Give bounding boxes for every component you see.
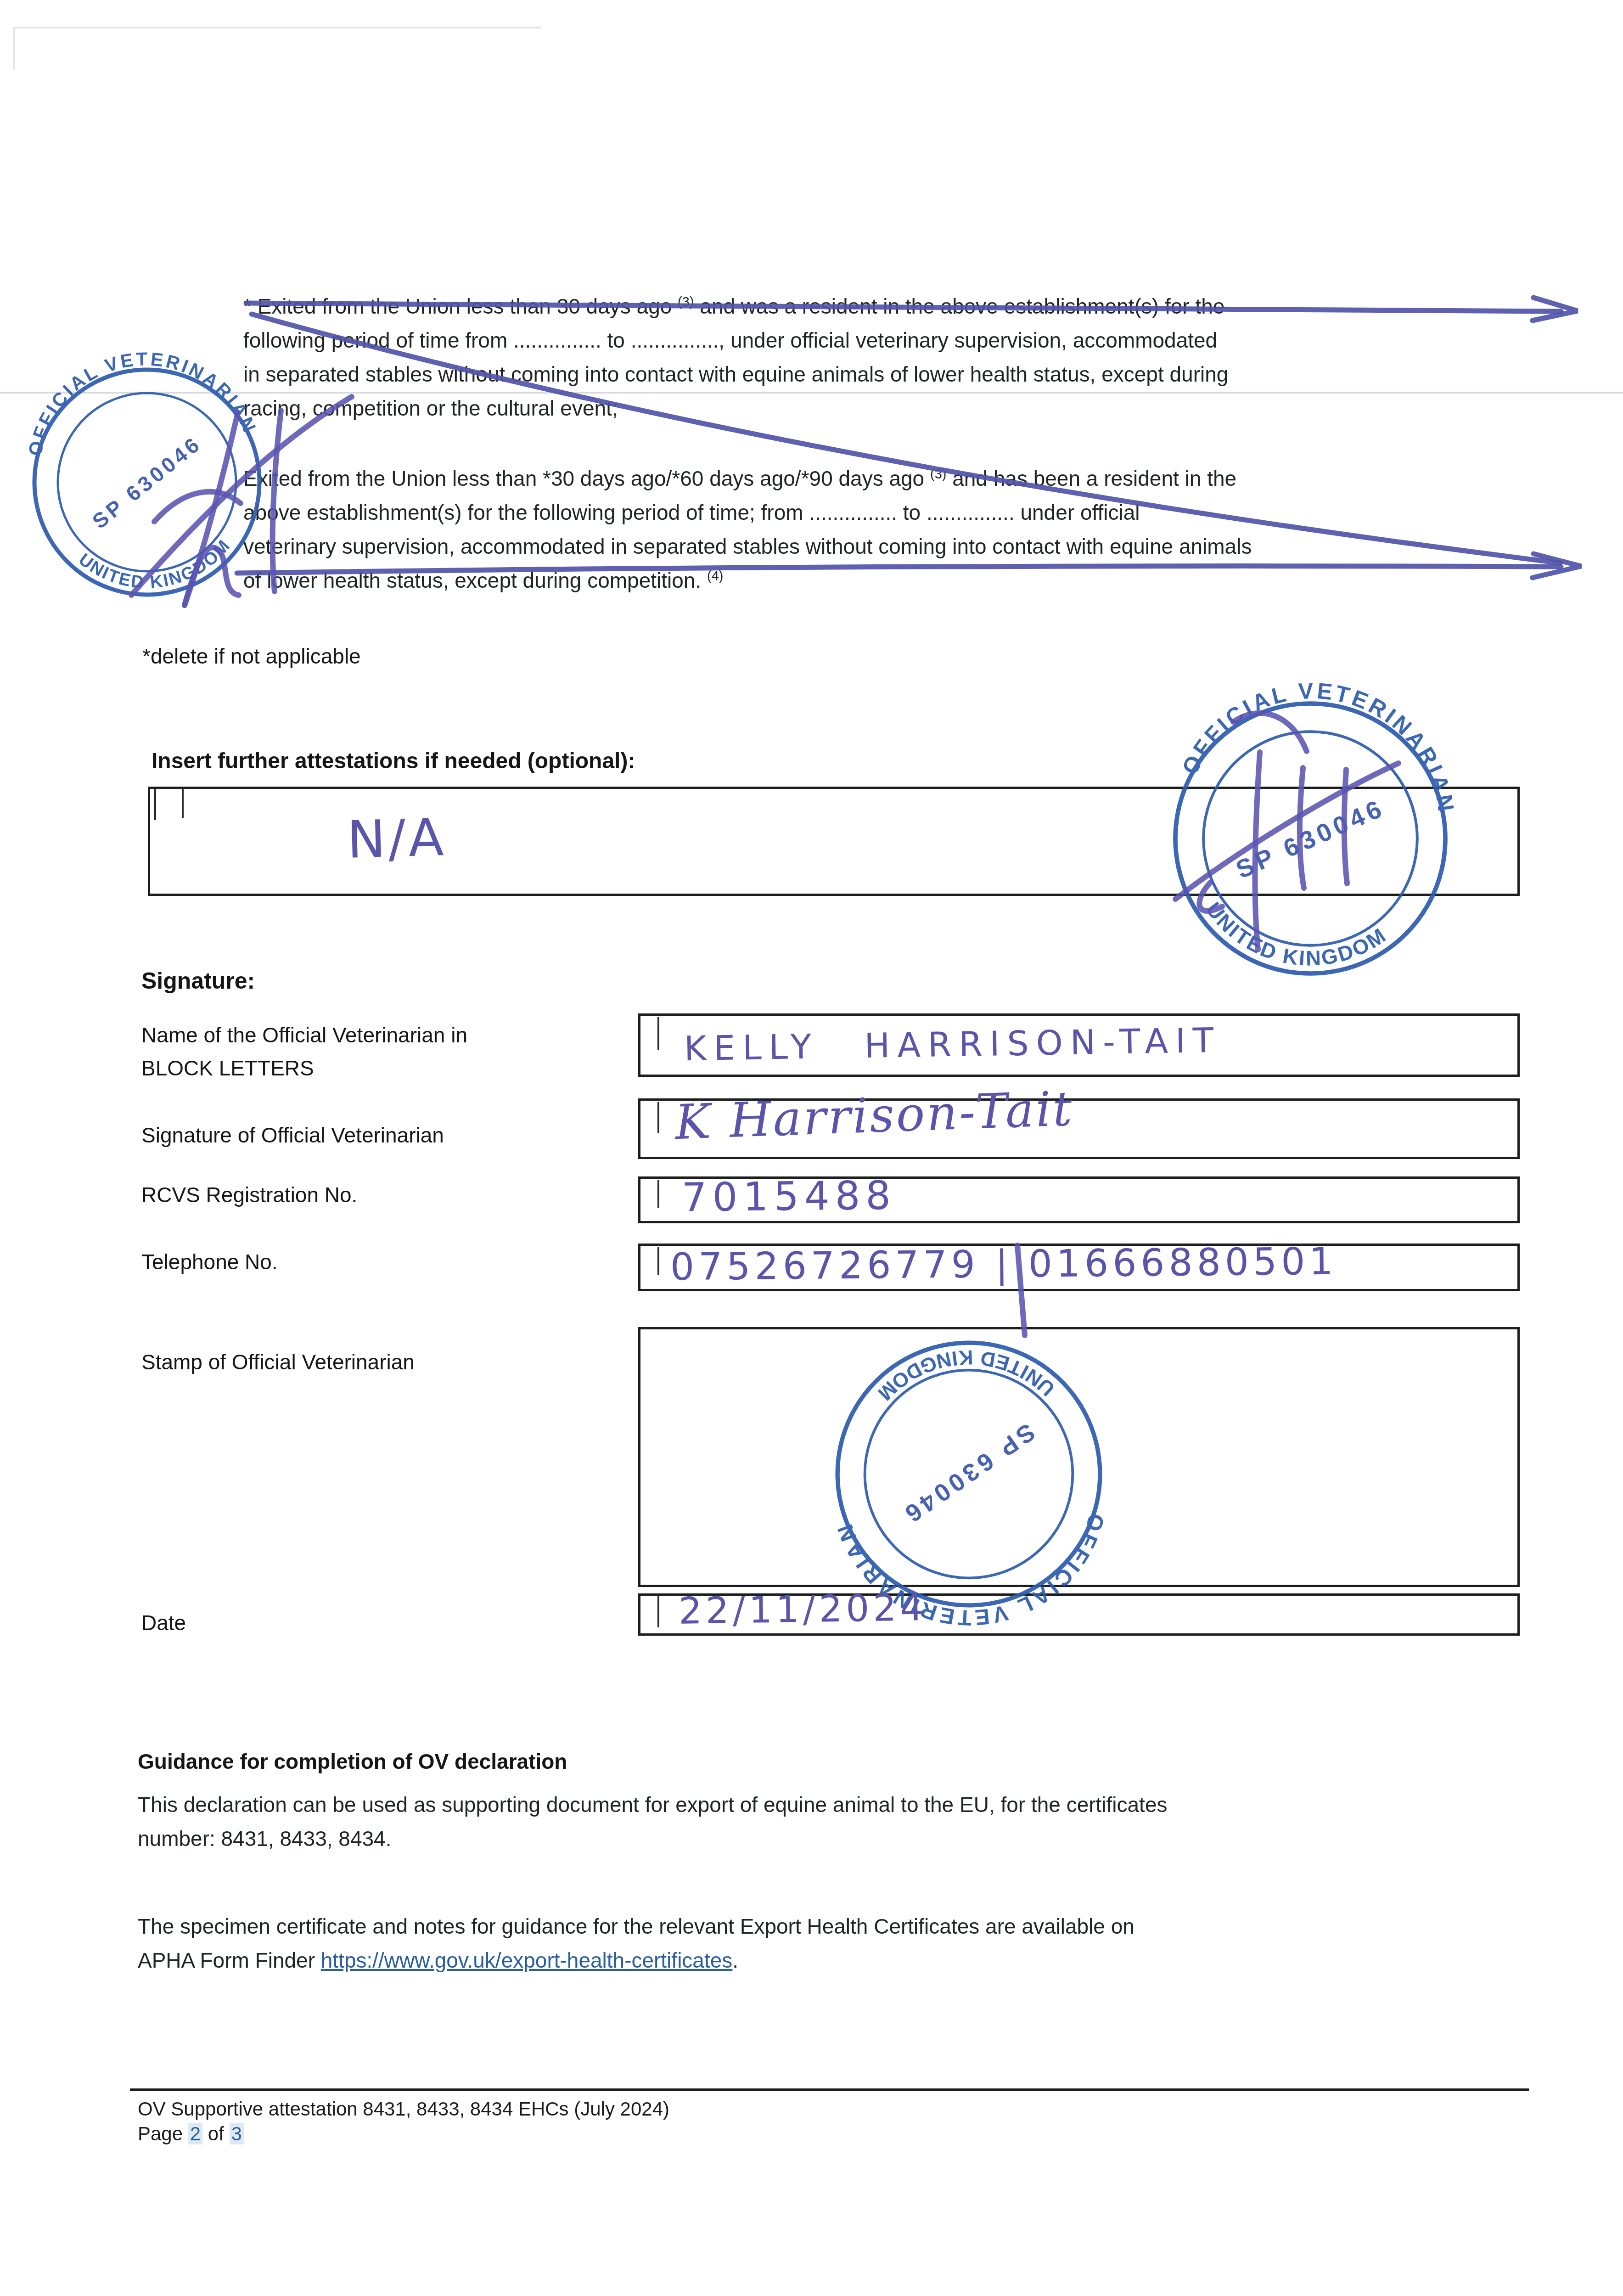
paragraph-text: number: 8431, 8433, 8434. bbox=[138, 1822, 1167, 1856]
handwritten-date: 22/11/2024 bbox=[678, 1586, 927, 1632]
footer-title: OV Supportive attestation 8431, 8433, 84… bbox=[138, 2097, 669, 2122]
attestation-paragraph-1: * Exited from the Union less than 30 day… bbox=[243, 289, 1556, 425]
paragraph-text: racing, competition or the cultural even… bbox=[243, 396, 618, 420]
field-tick-mark bbox=[154, 789, 156, 820]
paragraph-text: The specimen certificate and notes for g… bbox=[138, 1909, 1134, 1943]
svg-text:UNITED KINGDOM: UNITED KINGDOM bbox=[1195, 895, 1394, 984]
date-label: Date bbox=[141, 1606, 186, 1639]
signature-label: Signature of Official Veterinarian bbox=[141, 1119, 444, 1152]
paragraph-text: and was a resident in the above establis… bbox=[694, 294, 1225, 318]
footer-page-indicator: Page 2 of 3 bbox=[138, 2122, 244, 2146]
footnote-marker: (3) bbox=[930, 467, 946, 482]
field-tick-mark bbox=[182, 789, 184, 818]
handwritten-telephone: 07526726779 | 01666880501 bbox=[670, 1240, 1337, 1289]
scan-artifact-line bbox=[13, 27, 541, 28]
attestation-paragraph-2: Exited from the Union less than *30 days… bbox=[243, 461, 1556, 597]
stamp-ring-bottom-text: UNITED KINGDOM bbox=[73, 535, 238, 600]
stamp-ring-bottom-text: UNITED KINGDOM bbox=[1195, 895, 1394, 984]
paragraph-text: above establishment(s) for the following… bbox=[243, 501, 1140, 524]
guidance-paragraph-2: The specimen certificate and notes for g… bbox=[138, 1909, 1134, 1977]
stamp-ring-top-text: OFFICIAL VETERINARIAN bbox=[15, 344, 262, 460]
delete-note: *delete if not applicable bbox=[142, 640, 361, 673]
field-tick-mark bbox=[657, 1180, 659, 1208]
stamp-center-code: SP 630046 bbox=[1232, 793, 1389, 884]
guidance-heading: Guidance for completion of OV declaratio… bbox=[138, 1745, 567, 1778]
footer-text: of bbox=[202, 2123, 229, 2144]
insert-attestations-heading: Insert further attestations if needed (o… bbox=[152, 745, 635, 778]
paragraph-text: and has been a resident in the bbox=[946, 467, 1236, 490]
name-label-line2: BLOCK LETTERS bbox=[141, 1052, 467, 1085]
handwritten-rcvs-number: 7015488 bbox=[681, 1173, 896, 1221]
scanned-document-page: * Exited from the Union less than 30 day… bbox=[0, 0, 1623, 2296]
footnote-marker: (4) bbox=[707, 569, 723, 584]
stamp-center-code: SP 630046 bbox=[897, 1418, 1040, 1530]
paragraph-text: This declaration can be used as supporti… bbox=[138, 1788, 1167, 1822]
official-veterinarian-stamp-right: OFFICIAL VETERINARIAN UNITED KINGDOM SP … bbox=[1145, 673, 1476, 1004]
paragraph-text: . bbox=[732, 1948, 738, 1972]
svg-text:OFFICIAL VETERINARIAN: OFFICIAL VETERINARIAN bbox=[1176, 673, 1476, 819]
name-label-line1: Name of the Official Veterinarian in bbox=[141, 1019, 467, 1052]
footnote-marker: (3) bbox=[678, 295, 694, 310]
handwritten-na: N/A bbox=[346, 808, 447, 870]
stamp-label: Stamp of Official Veterinarian bbox=[141, 1345, 415, 1379]
rcvs-label: RCVS Registration No. bbox=[141, 1178, 357, 1211]
field-tick-mark bbox=[657, 1102, 659, 1133]
telephone-label: Telephone No. bbox=[141, 1245, 278, 1278]
footer-text: Page bbox=[138, 2123, 188, 2144]
official-veterinarian-stamp-top-left: OFFICIAL VETERINARIAN UNITED KINGDOM SP … bbox=[9, 344, 285, 620]
paragraph-text: * Exited from the Union less than 30 day… bbox=[243, 294, 678, 318]
page-total-field: 3 bbox=[230, 2123, 244, 2144]
footer-rule bbox=[130, 2088, 1529, 2091]
handwritten-name: KELLY HARRISON-TAIT bbox=[684, 1021, 1221, 1069]
svg-text:UNITED KINGDOM: UNITED KINGDOM bbox=[73, 535, 238, 600]
field-tick-mark bbox=[657, 1017, 659, 1050]
official-veterinarian-stamp-in-box: OFFICIAL VETERINARIAN UNITED KINGDOM SP … bbox=[808, 1313, 1129, 1635]
field-tick-mark bbox=[657, 1247, 659, 1275]
paragraph-text: in separated stables without coming into… bbox=[243, 362, 1228, 386]
scan-artifact-line bbox=[13, 27, 15, 70]
paragraph-text: following period of time from ..........… bbox=[243, 328, 1217, 352]
paragraph-text: veterinary supervision, accommodated in … bbox=[243, 535, 1252, 558]
export-health-certificates-link[interactable]: https://www.gov.uk/export-health-certifi… bbox=[321, 1948, 733, 1972]
stamp-ring-top-text: OFFICIAL VETERINARIAN bbox=[1176, 673, 1476, 819]
signature-heading: Signature: bbox=[141, 964, 255, 997]
svg-text:OFFICIAL VETERINARIAN: OFFICIAL VETERINARIAN bbox=[15, 344, 262, 460]
field-tick-mark bbox=[657, 1596, 659, 1627]
stamp-center-code: SP 630046 bbox=[88, 431, 206, 534]
guidance-paragraph-1: This declaration can be used as supporti… bbox=[138, 1788, 1167, 1856]
paragraph-text: Exited from the Union less than *30 days… bbox=[243, 467, 930, 490]
paragraph-text: APHA Form Finder bbox=[138, 1948, 321, 1972]
name-label: Name of the Official Veterinarian in BLO… bbox=[141, 1019, 467, 1085]
paragraph-text: of lower health status, except during co… bbox=[243, 568, 707, 592]
page-number-field: 2 bbox=[188, 2123, 202, 2144]
